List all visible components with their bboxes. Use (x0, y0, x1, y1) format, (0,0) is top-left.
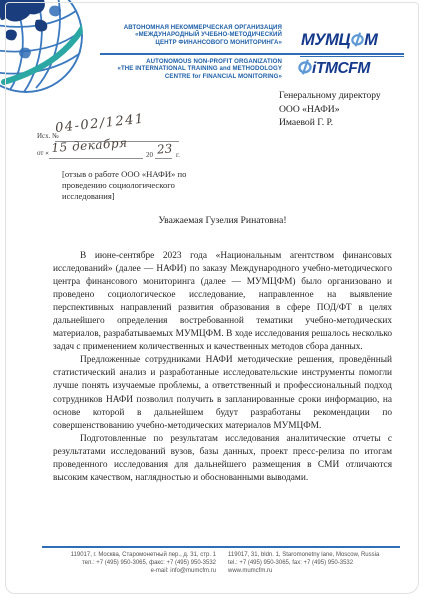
org-name-en-line1: AUTONOMOUS NON-PROFIT ORGANIZATION (117, 58, 282, 65)
footer-ru-email: e-mail: info@mumcfm.ru (42, 567, 216, 575)
recipient-company: ООО «НАФИ» (279, 103, 381, 117)
footer-ru-phone: тел.: +7 (495) 950-3065, факс: +7 (495) … (42, 559, 216, 567)
letter-body: В июне-сентябре 2023 года «Национальным … (53, 250, 392, 485)
subject-note: [отзыв о работе ООО «НАФИ» по проведению… (62, 169, 224, 202)
date-prefix-label: от « (37, 149, 49, 157)
brand-ru-pre: МУМЦ (301, 31, 350, 49)
org-name-english: AUTONOMOUS NON-PROFIT ORGANIZATION «THE … (117, 58, 282, 80)
header-divider-rule (100, 53, 404, 55)
brand-en-text: iTMCFM (312, 60, 370, 77)
logo-swirl-icon (351, 32, 364, 52)
brand-logo-mumcfm: МУМЦМ (301, 31, 377, 52)
org-name-russian: АВТОНОМНАЯ НЕКОММЕРЧЕСКАЯ ОРГАНИЗАЦИЯ «М… (124, 24, 282, 46)
year-line (155, 158, 172, 159)
brand-logo-itmcfm: iTMCFM (297, 59, 370, 80)
recipient-person: Имаевой Г. Р. (279, 116, 381, 130)
brand-divider-rule (300, 56, 404, 58)
footer-address-english: 119017, 31, bldn. 1, Staromonetny lane, … (228, 551, 408, 575)
handwritten-outgoing-number: 04-02/1241 (54, 112, 145, 136)
org-name-ru-line3: ЦЕНТР ФИНАНСОВОГО МОНИТОРИНГА» (124, 39, 282, 46)
year-suffix-label: г. (176, 151, 180, 159)
org-name-ru-line2: «МЕЖДУНАРОДНЫЙ УЧЕБНО-МЕТОДИЧЕСКИЙ (124, 31, 282, 38)
org-name-en-line2: «THE INTERNATIONAL TRAINING and METHODOL… (117, 65, 282, 72)
footer-en-phone: tel.: +7 (495) 950-3065, fax: +7 (495) 9… (228, 559, 408, 567)
salutation: Уважаемая Гузелия Ринатовна! (53, 215, 392, 226)
body-paragraph-3: Подготовленные по результатам исследован… (53, 433, 392, 485)
brand-ru-post: М (364, 31, 377, 49)
footer-rule (42, 546, 400, 548)
globe-logo-icon (0, 0, 102, 112)
footer-ru-address: 119017, г. Москва, Старомонетный пер., д… (42, 551, 216, 559)
recipient-title: Генеральному директору (279, 89, 381, 103)
handwritten-year: 23 (156, 141, 172, 156)
date-line (49, 158, 143, 159)
recipient-block: Генеральному директору ООО «НАФИ» Имаево… (279, 89, 381, 130)
org-name-en-line3: CENTRE for FINANCIAL MONITORING» (117, 73, 282, 80)
year-printed-label: 20 (146, 151, 153, 159)
footer-en-address: 119017, 31, bldn. 1, Staromonetny lane, … (228, 551, 408, 559)
scanned-letter-page: АВТОНОМНАЯ НЕКОММЕРЧЕСКАЯ ОРГАНИЗАЦИЯ «М… (0, 0, 424, 600)
logo-swirl-icon (298, 59, 312, 80)
handwritten-date: 15 декабря (51, 136, 128, 155)
body-paragraph-1: В июне-сентябре 2023 года «Национальным … (53, 250, 392, 354)
footer-address-russian: 119017, г. Москва, Старомонетный пер., д… (42, 551, 216, 575)
body-paragraph-2: Предложенные сотрудниками НАФИ методичес… (53, 354, 392, 432)
footer-en-website: www.mumcfm.ru (228, 567, 408, 575)
